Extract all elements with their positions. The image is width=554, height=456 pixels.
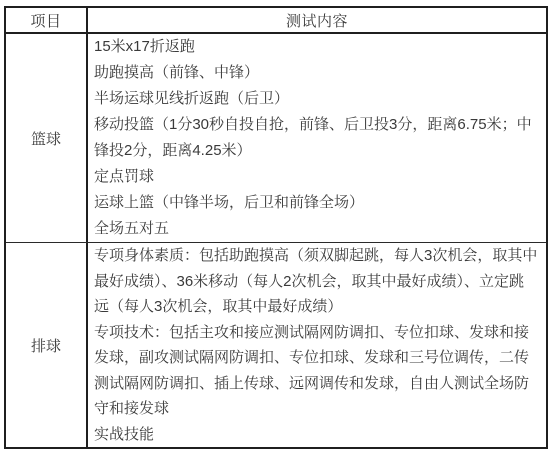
header-cell-item: 项目 <box>6 8 88 32</box>
content-line: 15米x17折返跑 <box>94 34 542 60</box>
table-row-basketball: 篮球 15米x17折返跑 助跑摸高（前锋、中锋） 半场运球见线折返跑（后卫） 移… <box>6 34 546 243</box>
content-line: 测试隔网防调扣、插上传球、远网调传和发球，自由人测试全场防 <box>94 371 542 397</box>
page: 项目 测试内容 篮球 15米x17折返跑 助跑摸高（前锋、中锋） 半场运球见线折… <box>0 0 554 456</box>
content-line: 发球，副攻测试隔网防调扣、专位扣球、发球和三号位调传，二传 <box>94 345 542 371</box>
header-item-label: 项目 <box>30 10 61 31</box>
content-line: 运球上篮（中锋半场，后卫和前锋全场） <box>94 190 542 216</box>
row-label-volleyball: 排球 <box>6 243 88 447</box>
row-content-basketball: 15米x17折返跑 助跑摸高（前锋、中锋） 半场运球见线折返跑（后卫） 移动投篮… <box>88 34 546 242</box>
row-label-text: 篮球 <box>31 128 61 149</box>
content-line: 定点罚球 <box>94 164 542 190</box>
row-label-basketball: 篮球 <box>6 34 88 242</box>
header-content-label: 测试内容 <box>286 10 348 31</box>
content-line: 助跑摸高（前锋、中锋） <box>94 60 542 86</box>
header-cell-content: 测试内容 <box>88 8 546 32</box>
table-header-row: 项目 测试内容 <box>6 8 546 34</box>
content-line: 全场五对五 <box>94 216 542 242</box>
content-line: 最好成绩）、36米移动（每人2次机会，取其中最好成绩）、立定跳 <box>94 269 542 295</box>
content-line: 实战技能 <box>94 422 542 448</box>
table-row-volleyball: 排球 专项身体素质：包括助跑摸高（须双脚起跳，每人3次机会，取其中 最好成绩）、… <box>6 243 546 447</box>
content-line: 远（每人3次机会，取其中最好成绩） <box>94 294 542 320</box>
content-line: 半场运球见线折返跑（后卫） <box>94 86 542 112</box>
content-line: 专项技术：包括主攻和接应测试隔网防调扣、专位扣球、发球和接 <box>94 320 542 346</box>
content-line: 守和接发球 <box>94 396 542 422</box>
row-label-text: 排球 <box>31 335 61 356</box>
test-content-table: 项目 测试内容 篮球 15米x17折返跑 助跑摸高（前锋、中锋） 半场运球见线折… <box>4 6 548 449</box>
content-line: 移动投篮（1分30秒自投自抢，前锋、后卫投3分，距离6.75米；中 <box>94 112 542 138</box>
row-content-volleyball: 专项身体素质：包括助跑摸高（须双脚起跳，每人3次机会，取其中 最好成绩）、36米… <box>88 243 546 447</box>
content-line: 锋投2分，距离4.25米） <box>94 138 542 164</box>
content-line: 专项身体素质：包括助跑摸高（须双脚起跳，每人3次机会，取其中 <box>94 243 542 269</box>
